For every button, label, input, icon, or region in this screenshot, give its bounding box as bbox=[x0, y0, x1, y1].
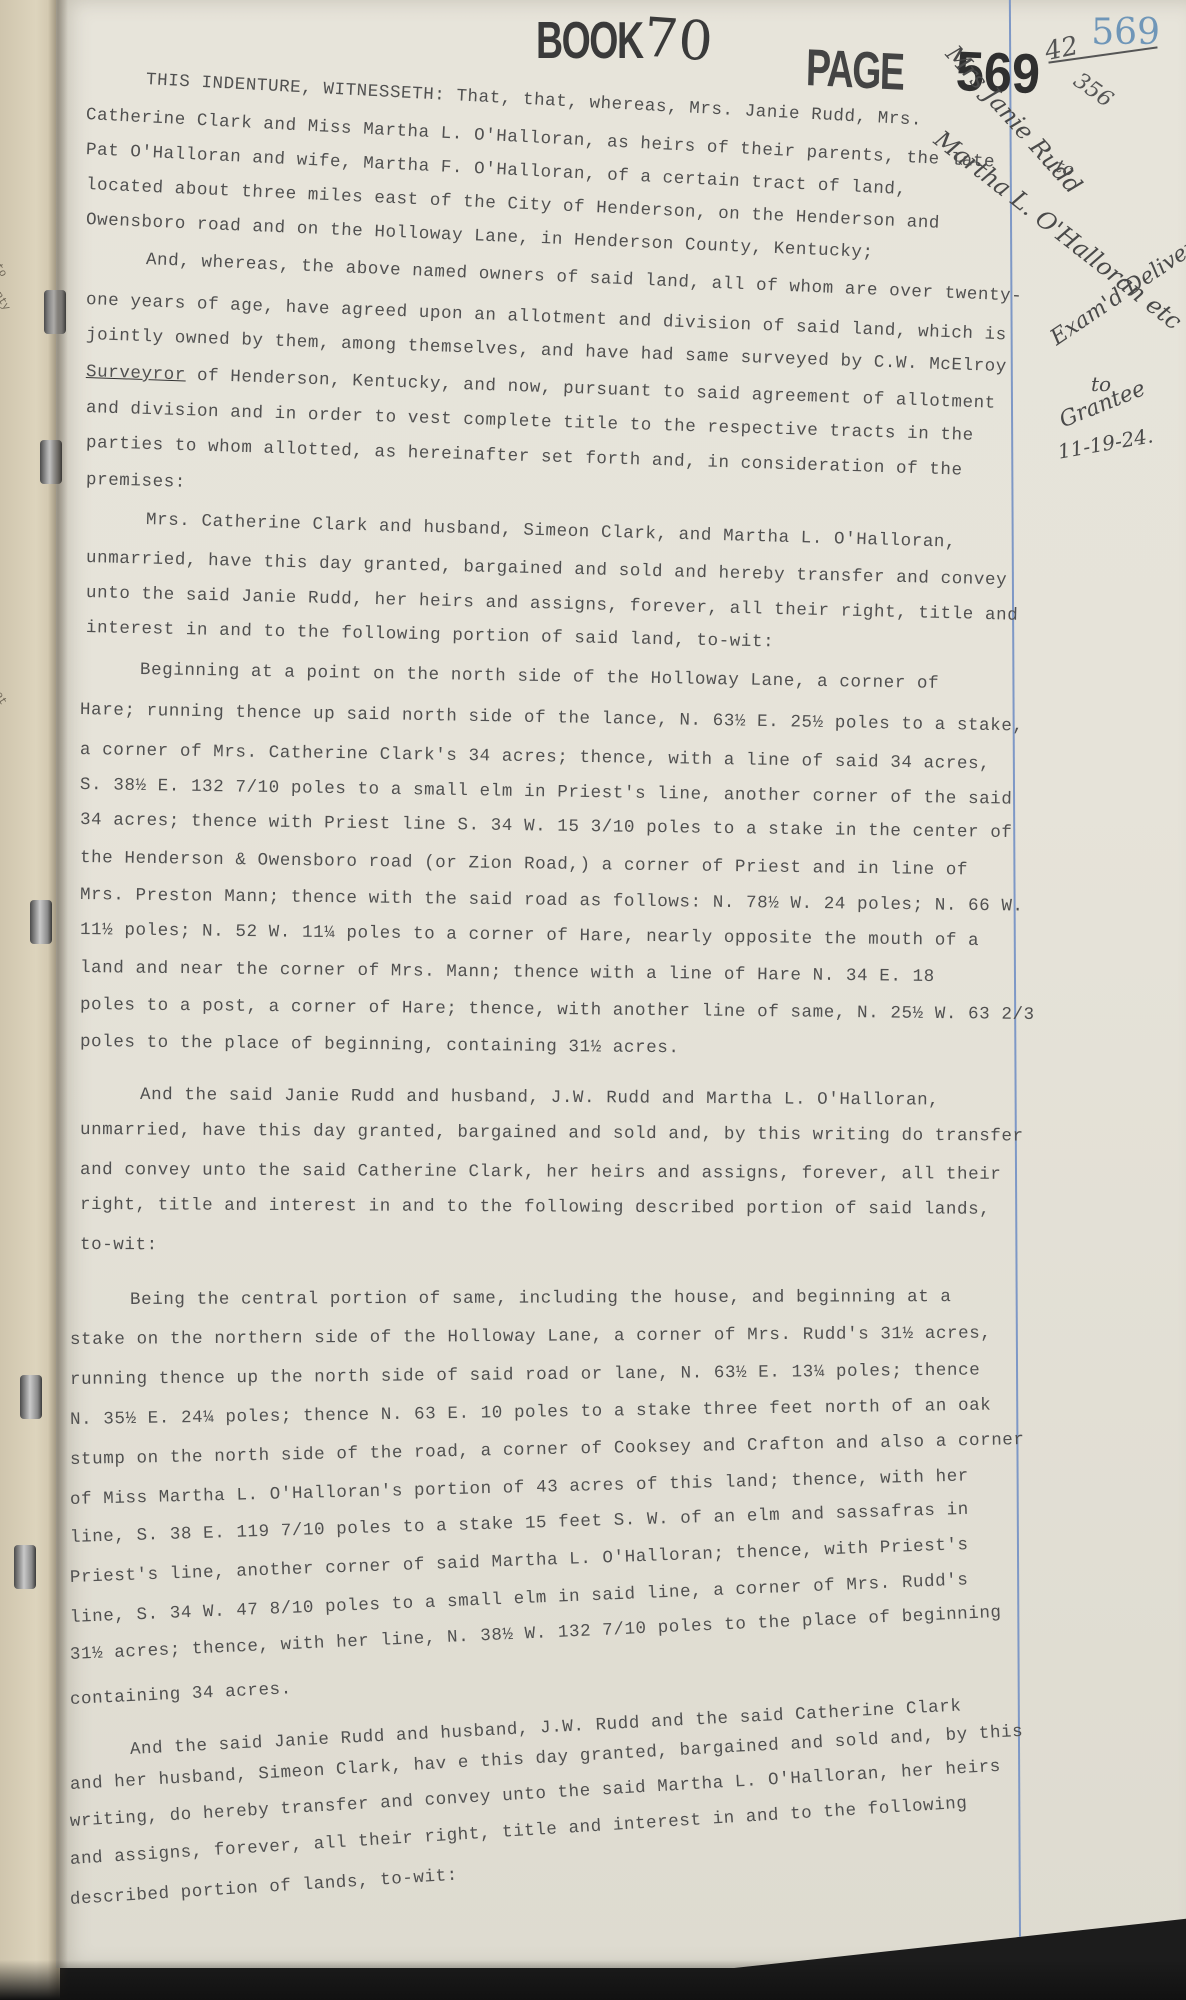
register-page: BOOK 70 PAGE 569 569 42 356 Mrs Janie Ru… bbox=[56, 0, 1186, 1968]
typed-line: unmarried, have this day granted, bargai… bbox=[80, 1120, 1024, 1147]
typed-line: stump on the north side of the road, a c… bbox=[70, 1430, 1025, 1470]
facing-page-fragment: nty bbox=[0, 290, 12, 313]
typed-line: running thence up the north side of said… bbox=[70, 1360, 981, 1390]
book-label: BOOK bbox=[536, 11, 643, 71]
typed-line: 11½ poles; N. 52 W. 11¼ poles to a corne… bbox=[80, 920, 979, 951]
typed-line: a corner of Mrs. Catherine Clark's 34 ac… bbox=[80, 740, 991, 774]
typed-line: poles to the place of beginning, contain… bbox=[80, 1032, 680, 1058]
typed-line: Beginning at a point on the north side o… bbox=[140, 660, 940, 694]
typed-line: poles to a post, a corner of Hare; thenc… bbox=[80, 995, 1035, 1025]
typed-line: unmarried, have this day granted, bargai… bbox=[86, 548, 1008, 591]
typed-line: Mrs. Catherine Clark and husband, Simeon… bbox=[146, 510, 957, 553]
typed-line: Being the central portion of same, inclu… bbox=[130, 1287, 952, 1310]
recording-stamp: BOOK 70 PAGE 569 bbox=[536, 8, 713, 71]
typed-line: land and near the corner of Mrs. Mann; t… bbox=[80, 958, 935, 987]
typed-line: and convey unto the said Catherine Clark… bbox=[80, 1160, 1002, 1185]
typed-line: stake on the northern side of the Hollow… bbox=[70, 1324, 992, 1350]
typed-line: And the said Janie Rudd and husband, J.W… bbox=[140, 1085, 939, 1111]
typed-line: right, title and interest in and to the … bbox=[80, 1195, 990, 1220]
typed-line: described portion of lands, to-wit: bbox=[69, 1866, 458, 1910]
typed-line: interest in and to the following portion… bbox=[86, 618, 775, 652]
binder-ring bbox=[20, 1375, 42, 1419]
typed-line: to-wit: bbox=[80, 1235, 158, 1255]
page-label: PAGE bbox=[805, 38, 904, 103]
typed-line: Mrs. Preston Mann; thence with the said … bbox=[80, 885, 1024, 917]
typed-line: S. 38½ E. 132 7/10 poles to a small elm … bbox=[80, 775, 1013, 810]
underlined-word: Surveyror bbox=[86, 362, 187, 385]
book-number: 70 bbox=[642, 6, 715, 74]
facing-page-fragment: to bbox=[0, 262, 9, 279]
binder-ring bbox=[14, 1545, 36, 1589]
typed-line: premises: bbox=[86, 470, 186, 493]
typed-line: the Henderson & Owensboro road (or Zion … bbox=[80, 848, 968, 880]
typed-line: 34 acres; thence with Priest line S. 34 … bbox=[80, 810, 1013, 843]
spine-shadow bbox=[48, 0, 68, 2000]
facing-page-fragment: et bbox=[0, 690, 9, 707]
typed-line: unto the said Janie Rudd, her heirs and … bbox=[86, 583, 1019, 626]
typed-line: containing 34 acres. bbox=[70, 1679, 293, 1710]
pencil-sub-number: 356 bbox=[1069, 68, 1118, 113]
desk-shadow bbox=[0, 1960, 1186, 2000]
typed-line: Hare; running thence up said north side … bbox=[80, 700, 1024, 736]
typed-line: N. 35½ E. 24¼ poles; thence N. 63 E. 10 … bbox=[70, 1396, 992, 1430]
